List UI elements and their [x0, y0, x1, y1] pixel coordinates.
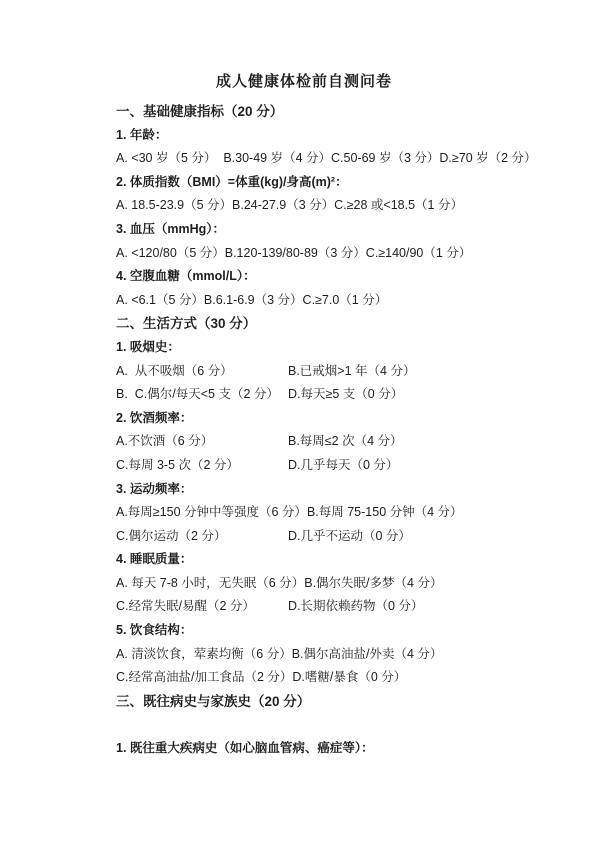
- question-label: 2. 饮酒频率：: [116, 407, 536, 431]
- option-cell: D.几乎每天（0 分）: [288, 454, 398, 478]
- option-cell: A. 清淡饮食，荤素均衡（6 分）: [116, 643, 292, 667]
- question-label: 5. 饮食结构：: [116, 619, 536, 643]
- option-cell: A.每周≥150 分钟中等强度（6 分）: [116, 501, 307, 525]
- option-line: C.经常高油盐/加工食品（2 分）D.嗜糖/暴食（0 分）: [116, 666, 536, 690]
- option-cell: B. C.偶尔/每天<5 支（2 分）: [116, 383, 288, 407]
- option-cell: D.几乎不运动（0 分）: [288, 525, 411, 549]
- section-heading: 三、既往病史与家族史（20 分）: [116, 690, 536, 714]
- question-label: 4. 空腹血糖（mmol/L）：: [116, 265, 536, 289]
- option-line: C.经常失眠/易醒（2 分）D.长期依赖药物（0 分）: [116, 595, 536, 619]
- option-line: C.每周 3-5 次（2 分）D.几乎每天（0 分）: [116, 454, 536, 478]
- question-label: 3. 血压（mmHg）：: [116, 218, 536, 242]
- option-line: A. 18.5-23.9（5 分）B.24-27.9（3 分）C.≥28 或<1…: [116, 194, 536, 218]
- option-line: A. 每天 7-8 小时，无失眠（6 分）B.偶尔失眠/多梦（4 分）: [116, 572, 536, 596]
- option-line: A.每周≥150 分钟中等强度（6 分）B.每周 75-150 分钟（4 分）: [116, 501, 536, 525]
- option-cell: C.每周 3-5 次（2 分）: [116, 454, 288, 478]
- section-heading: 一、基础健康指标（20 分）: [116, 100, 536, 124]
- option-cell: C.经常失眠/易醒（2 分）: [116, 595, 288, 619]
- question-label: 1. 吸烟史：: [116, 336, 536, 360]
- option-line: A. <30 岁（5 分） B.30-49 岁（4 分）C.50-69 岁（3 …: [116, 147, 536, 171]
- option-line: A. 从不吸烟（6 分）B.已戒烟>1 年（4 分）: [116, 360, 536, 384]
- blank-line: [116, 713, 536, 737]
- document-content: 成人健康体检前自测问卷 一、基础健康指标（20 分）1. 年龄：A. <30 岁…: [0, 0, 600, 761]
- question-label: 1. 年龄：: [116, 124, 536, 148]
- option-line: C.偶尔运动（2 分）D.几乎不运动（0 分）: [116, 525, 536, 549]
- option-cell: D.每天≥5 支（0 分）: [288, 383, 403, 407]
- document-body: 一、基础健康指标（20 分）1. 年龄：A. <30 岁（5 分） B.30-4…: [116, 100, 536, 761]
- option-cell: B.已戒烟>1 年（4 分）: [288, 360, 415, 384]
- document-page: 成人健康体检前自测问卷 一、基础健康指标（20 分）1. 年龄：A. <30 岁…: [0, 0, 600, 848]
- option-cell: B.偶尔高油盐/外卖（4 分）: [292, 643, 443, 667]
- question-label: 2. 体质指数（BMI）=体重(kg)/身高(m)²：: [116, 171, 536, 195]
- document-title: 成人健康体检前自测问卷: [116, 72, 492, 92]
- option-cell: C.偶尔运动（2 分）: [116, 525, 288, 549]
- option-cell: D.嗜糖/暴食（0 分）: [292, 666, 406, 690]
- question-label: 4. 睡眠质量：: [116, 548, 536, 572]
- option-cell: B.每周≤2 次（4 分）: [288, 430, 403, 454]
- section-heading: 二、生活方式（30 分）: [116, 312, 536, 336]
- option-line: A.不饮酒（6 分）B.每周≤2 次（4 分）: [116, 430, 536, 454]
- option-cell: A. 每天 7-8 小时，无失眠（6 分）: [116, 572, 304, 596]
- option-line: B. C.偶尔/每天<5 支（2 分）D.每天≥5 支（0 分）: [116, 383, 536, 407]
- option-cell: A.不饮酒（6 分）: [116, 430, 288, 454]
- option-cell: D.长期依赖药物（0 分）: [288, 595, 423, 619]
- option-line: A. 清淡饮食，荤素均衡（6 分）B.偶尔高油盐/外卖（4 分）: [116, 643, 536, 667]
- option-line: A. <6.1（5 分）B.6.1-6.9（3 分）C.≥7.0（1 分）: [116, 289, 536, 313]
- option-cell: A. 从不吸烟（6 分）: [116, 360, 288, 384]
- question-label: 3. 运动频率：: [116, 478, 536, 502]
- question-label: 1. 既往重大疾病史（如心脑血管病、癌症等）：: [116, 737, 536, 761]
- option-line: A. <120/80（5 分）B.120-139/80-89（3 分）C.≥14…: [116, 242, 536, 266]
- option-cell: B.每周 75-150 分钟（4 分）: [307, 501, 463, 525]
- option-cell: B.偶尔失眠/多梦（4 分）: [304, 572, 442, 596]
- option-cell: C.经常高油盐/加工食品（2 分）: [116, 666, 292, 690]
